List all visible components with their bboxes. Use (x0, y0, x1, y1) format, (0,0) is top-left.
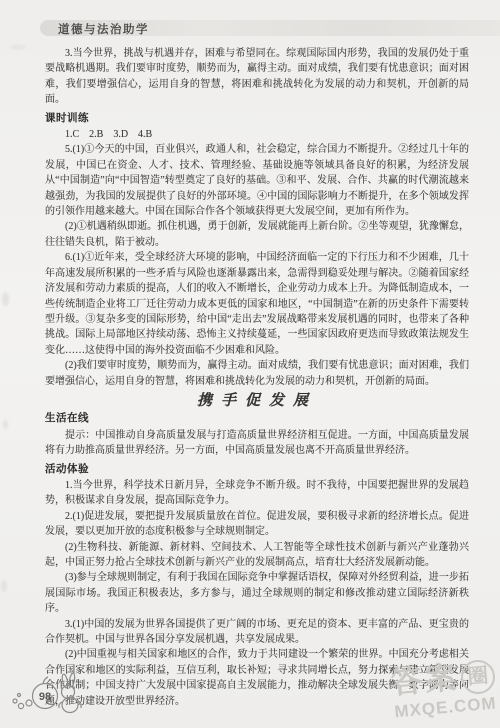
answer-paragraph: (2)①机遇稍纵即逝。抓住机遇，勇于创新，发展就能再上新台阶。②坐等观望，犹豫懈… (45, 219, 469, 250)
scan-noise (1, 580, 7, 592)
section-heading-huodong-tiyan: 活动体验 (45, 462, 469, 477)
answer-paragraph: 5.(1)①今天的中国，百业俱兴，政通人和，社会稳定，综合国力不断提升。②经过几… (45, 142, 469, 219)
watermark-circled-char: 圈 (460, 659, 497, 696)
lesson-title: 携手促发展 (45, 393, 469, 408)
answer-paragraph: 2.(1)促进发展，要把提升发展质量放在首位。促进发展，要积极寻求新的经济增长点… (45, 509, 469, 540)
page-number-doodle: 98 (8, 669, 108, 722)
section-heading-shenghuo-zaixian: 生活在线 (45, 411, 469, 426)
scan-noise (2, 292, 9, 306)
section-heading-keshi-xunlian: 课时训练 (45, 111, 469, 126)
bubble-dot-icon (13, 699, 17, 703)
scan-noise (10, 44, 26, 50)
answer-paragraph: 3.当今世界，挑战与机遇并存，困难与希望同在。综观国际国内形势，我国的发展仍处于… (45, 46, 469, 108)
page-number: 98 (39, 691, 51, 703)
watermark: 答案圈 MXQE.COM (390, 658, 498, 723)
multiple-choice-answers: 1.C 2.B 3.D 4.B (45, 127, 469, 142)
content-area: 3.当今世界，挑战与机遇并存，困难与希望同在。综观国际国内形势，我国的发展仍处于… (45, 46, 469, 709)
answer-paragraph: 3.(1)中国的发展为世界各国提供了更广阔的市场、更充足的资本、更丰富的产品、更… (45, 617, 469, 648)
scanned-textbook-page: 道德与法治助学 3.当今世界，挑战与机遇并存，困难与希望同在。综观国际国内形势，… (0, 0, 500, 728)
rabbit-doodle-icon (59, 673, 81, 713)
answer-paragraph: (3)参与全球规则制定，有利于我国在国际竞争中掌握话语权，保障对外经贸利益，进一… (45, 570, 469, 616)
bubble-dot-icon (18, 694, 21, 697)
scan-noise (3, 420, 8, 429)
header-band: 道德与法治助学 (40, 20, 500, 36)
bubble-dot-icon (18, 703, 23, 708)
watermark-brand-text: 答案 (390, 660, 461, 701)
answer-paragraph: (2)生物科技、新能源、新材料、空间技术、人工智能等全球性技术创新与新兴产业蓬勃… (45, 540, 469, 571)
answer-paragraph: (2)我们要审时度势，顺势而为，赢得主动。面对成绩，我们要有忧患意识；面对困难，… (45, 358, 469, 389)
answer-paragraph: 6.(1)①近年来，受全球经济大环境的影响，中国经济面临一定的下行压力和不少困难… (45, 250, 469, 358)
answer-paragraph: 1.当今世界，科学技术日新月异，全球竞争不断升级。时不我待，中国要把握世界的发展… (45, 478, 469, 509)
bubble-dot-icon (26, 700, 32, 706)
answer-paragraph: 提示：中国推动自身高质量发展与打造高质量世界经济相互促进。一方面，中国高质量发展… (45, 428, 469, 459)
page-title: 道德与法治助学 (40, 22, 149, 38)
stem-icon (43, 677, 48, 683)
